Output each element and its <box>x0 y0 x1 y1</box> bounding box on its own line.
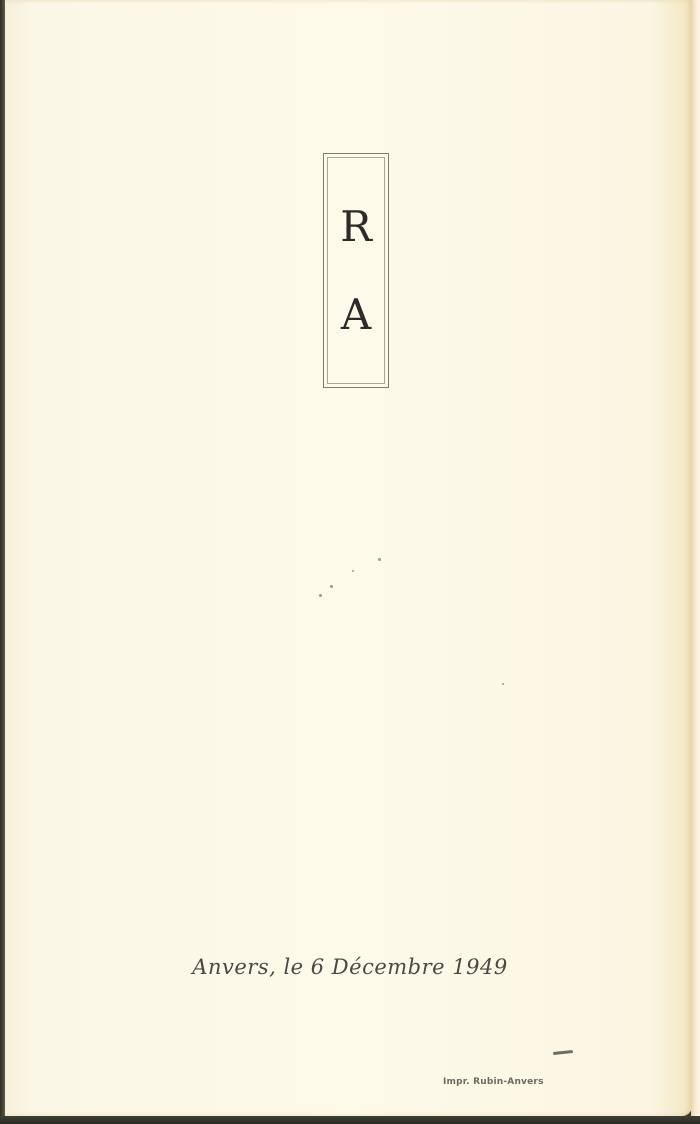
paper-speck <box>502 683 504 685</box>
monogram-letter-r: R <box>324 206 388 248</box>
bottom-edge-shadow <box>0 1116 700 1124</box>
place-date-line: Anvers, le 6 Décembre 1949 <box>0 955 700 979</box>
paper-speck <box>330 585 333 588</box>
paper-speck <box>378 558 381 561</box>
monogram-letter-a: A <box>324 294 388 336</box>
paper-speck <box>319 594 322 597</box>
printer-imprint: Impr. Rubin-Anvers <box>443 1077 544 1087</box>
paper-page: R A <box>5 0 692 1116</box>
paper-speck <box>352 570 354 572</box>
monogram-frame: R A <box>323 153 389 388</box>
